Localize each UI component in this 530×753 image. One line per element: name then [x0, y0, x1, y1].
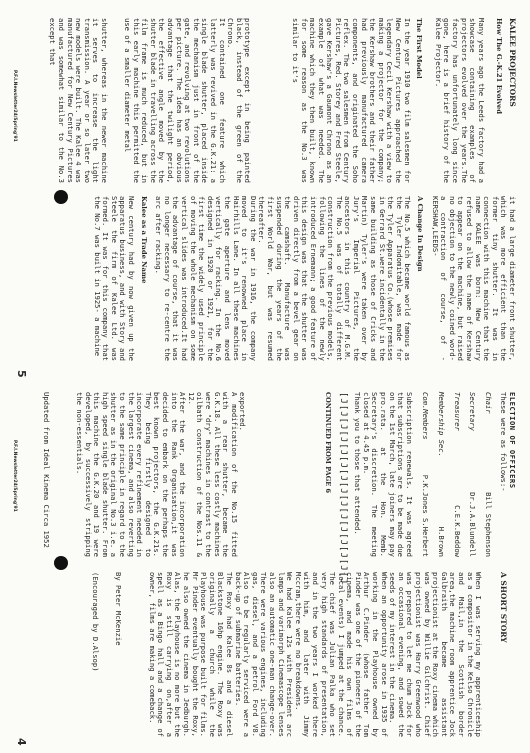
article-title: KALEE PROJECTORS [507, 18, 516, 183]
article-intro: Many years ago the Leeds factory had a s… [433, 18, 485, 183]
source-note: Updated from Ideal Kinema Circa 1952 [41, 392, 50, 557]
officer-row: TreasurerC.E.K.Beddow [452, 392, 461, 557]
short-story-col: A SHORT STORY When I was serving my appr… [76, 572, 516, 737]
continued-col: exported. A modification of the No.15 fi… [27, 392, 255, 557]
article-subtitle: How The G.-K.21 Evolved [495, 18, 504, 183]
footer-left: P.F.I.Newsletter24/Spring'91 [9, 70, 18, 142]
first-model-heading: The First Model [415, 18, 424, 183]
byline: By Peter McKenzie [114, 572, 123, 737]
first-model-text: In the year 1910 two film salesmen for N… [290, 18, 410, 183]
kalee-article-col1: KALEE PROJECTORS How The G.-K.21 Evolved… [284, 18, 516, 183]
kalee-article-col2: prototype except in being painted black,… [33, 18, 260, 183]
subscription-text: Subscription renewals. It was agreed tha… [353, 392, 413, 557]
officers-col: ELECTION OF OFFICERS These were as follo… [324, 392, 517, 557]
continued-heading: CONTINUED FROM PAGE 6 [324, 392, 333, 557]
footer-right: P.F.I.Newsletter24/Spring'91 [9, 440, 18, 512]
kalee4-text: shutter, whereas in the newer machine it… [48, 18, 108, 183]
story-heading: A SHORT STORY [499, 572, 508, 737]
change-heading: A Change In Design [415, 196, 424, 361]
trade-text: New century had by now given up the appa… [92, 196, 135, 361]
kalee-name-text: it had a large diameter front shutter, w… [430, 196, 516, 361]
divider-ornament: [J[J[J[J[J[J[J[J[J[J[J[J[J[J[J [338, 392, 347, 557]
story-text: When I was serving my apprenticeship as … [147, 572, 482, 737]
officers-intro: These were as follows:- [499, 392, 508, 557]
trade-heading: Kalee as a Trade Name [139, 196, 148, 361]
kalee-article-col3: it had a large diameter front shutter, w… [86, 196, 516, 361]
shutter-text: prototype except in being painted black,… [123, 18, 252, 183]
officer-row: Membership Sec.H.Brown [436, 392, 445, 557]
officer-row: SecretaryDr.J.A.Blundell [468, 392, 477, 557]
continued-text: exported. A modification of the No.15 fi… [75, 392, 247, 557]
page-number-5: 5 [16, 370, 25, 378]
officers-heading: ELECTION OF OFFICERS [507, 392, 516, 557]
change-text: The No.5 which became world famous as th… [154, 196, 412, 361]
officer-row: Com.MembersP.K.Jones S.Herbert [421, 392, 430, 557]
punch-hole [54, 190, 68, 204]
credit: (Encouraged by D.Alsop) [91, 572, 100, 737]
punch-hole [54, 556, 68, 570]
page-number-4: 4 [16, 738, 25, 746]
officer-row: ChairBill Stephenson [483, 392, 492, 557]
newsletter-spread: KALEE PROJECTORS How The G.-K.21 Evolved… [0, 0, 530, 753]
